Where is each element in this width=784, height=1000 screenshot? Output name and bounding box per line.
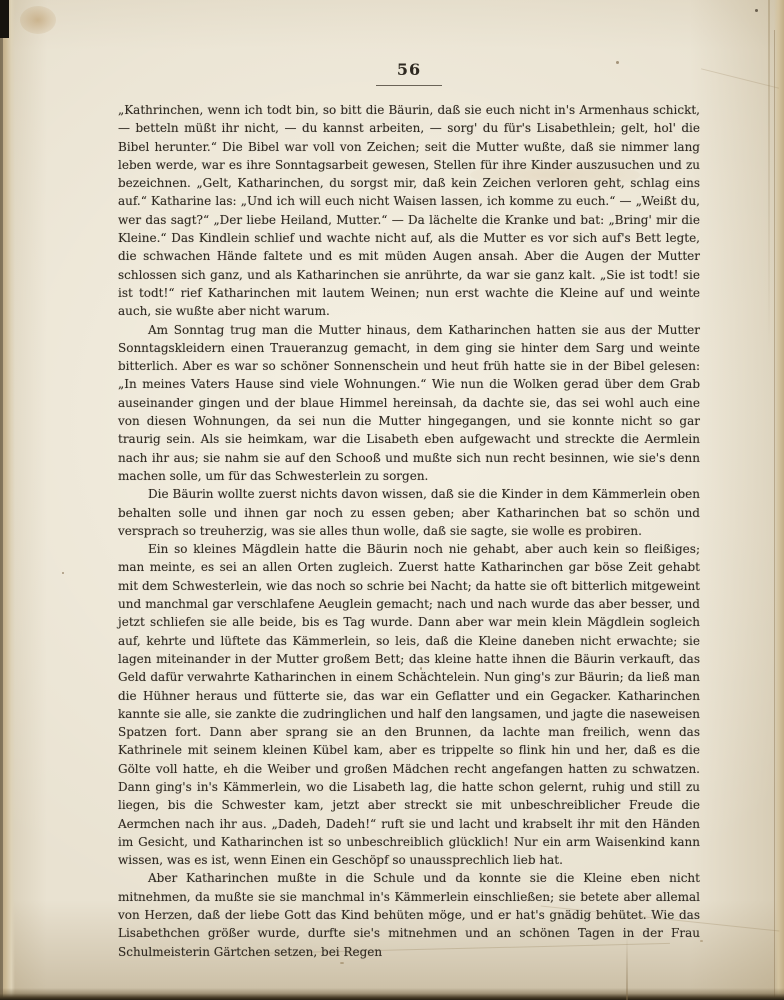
page-number: 56 bbox=[118, 60, 700, 79]
page-number-rule bbox=[376, 85, 442, 86]
book-spine-shadow bbox=[0, 0, 9, 38]
body-text-block: „Kathrinchen, wenn ich todt bin, so bitt… bbox=[118, 101, 700, 961]
body-paragraph: Am Sonntag trug man die Mutter hinaus, d… bbox=[118, 321, 700, 486]
scanned-book-page: 56 „Kathrinchen, wenn ich todt bin, so b… bbox=[0, 0, 784, 1000]
paper-speck bbox=[62, 572, 64, 574]
folio-header: 56 bbox=[118, 60, 700, 86]
foxing-stain bbox=[20, 6, 56, 34]
page-right-edge-line bbox=[774, 30, 775, 1000]
page-right-edge bbox=[774, 0, 784, 1000]
body-paragraph: Die Bäurin wollte zuerst nichts davon wi… bbox=[118, 485, 700, 540]
body-paragraph: Aber Katharinchen mußte in die Schule un… bbox=[118, 869, 700, 960]
paper-crease bbox=[768, 0, 770, 350]
book-bottom-edge bbox=[0, 988, 784, 1000]
body-paragraph: Ein so kleines Mägdlein hatte die Bäurin… bbox=[118, 540, 700, 869]
paper-speck bbox=[700, 940, 703, 942]
body-paragraph: „Kathrinchen, wenn ich todt bin, so bitt… bbox=[118, 101, 700, 321]
paper-speck bbox=[340, 962, 344, 964]
page-left-edge-line bbox=[0, 0, 3, 1000]
paper-speck bbox=[755, 9, 758, 12]
